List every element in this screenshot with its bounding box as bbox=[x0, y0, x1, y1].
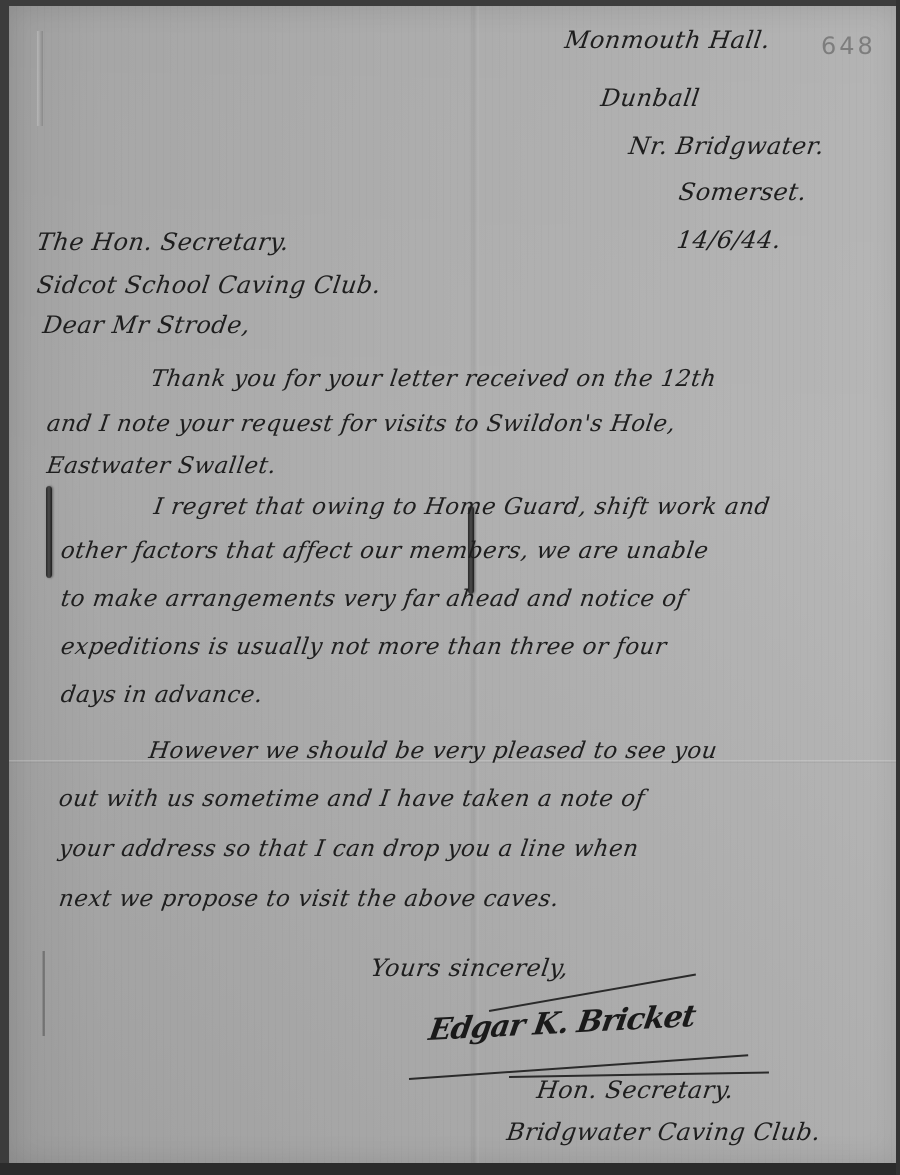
paragraph-2-line-5: days in advance. bbox=[59, 682, 264, 708]
address-line-1: Monmouth Hall. bbox=[563, 26, 772, 54]
paragraph-3-line-2: out with us sometime and I have taken a … bbox=[57, 786, 646, 812]
recipient-line-1: The Hon. Secretary. bbox=[35, 228, 291, 256]
paragraph-3-line-4: next we propose to visit the above caves… bbox=[57, 886, 561, 912]
paragraph-1-line-2: and I note your request for visits to Sw… bbox=[45, 411, 677, 437]
paragraph-3-line-3: your address so that I can drop you a li… bbox=[57, 836, 640, 862]
recipient-line-2: Sidcot School Caving Club. bbox=[35, 271, 383, 299]
scan-bottom-edge bbox=[0, 1163, 900, 1175]
staple-left bbox=[46, 486, 52, 578]
signer-title: Hon. Secretary. bbox=[535, 1076, 736, 1104]
scan-right-edge bbox=[896, 0, 900, 1175]
scanned-letter: 648 Monmouth Hall. Dunball Nr. Bridgwate… bbox=[0, 0, 900, 1175]
signature: Edgar K. Bricket bbox=[426, 999, 697, 1048]
paragraph-2-line-4: expeditions is usually not more than thr… bbox=[59, 634, 668, 660]
paragraph-2-line-3: to make arrangements very far ahead and … bbox=[59, 586, 687, 612]
paragraph-1-line-3: Eastwater Swallet. bbox=[45, 453, 278, 479]
paper-sheet: 648 Monmouth Hall. Dunball Nr. Bridgwate… bbox=[9, 6, 900, 1163]
address-line-4: Somerset. bbox=[677, 178, 809, 206]
signer-organization: Bridgwater Caving Club. bbox=[505, 1118, 823, 1146]
salutation: Dear Mr Strode, bbox=[41, 311, 252, 339]
closing: Yours sincerely, bbox=[369, 954, 570, 982]
edge-crease bbox=[37, 31, 43, 126]
address-line-2: Dunball bbox=[599, 84, 702, 112]
address-line-3: Nr. Bridgwater. bbox=[627, 132, 826, 160]
paragraph-2-line-1: I regret that owing to Home Guard, shift… bbox=[152, 494, 771, 520]
staple-hole-mark bbox=[42, 951, 46, 1036]
letter-date: 14/6/44. bbox=[675, 226, 783, 254]
paragraph-1-line-1: Thank you for your letter received on th… bbox=[149, 366, 718, 392]
paragraph-3-line-1: However we should be very pleased to see… bbox=[147, 738, 719, 764]
archive-number: 648 bbox=[821, 32, 876, 60]
paragraph-2-line-2: other factors that affect our members, w… bbox=[59, 538, 710, 564]
